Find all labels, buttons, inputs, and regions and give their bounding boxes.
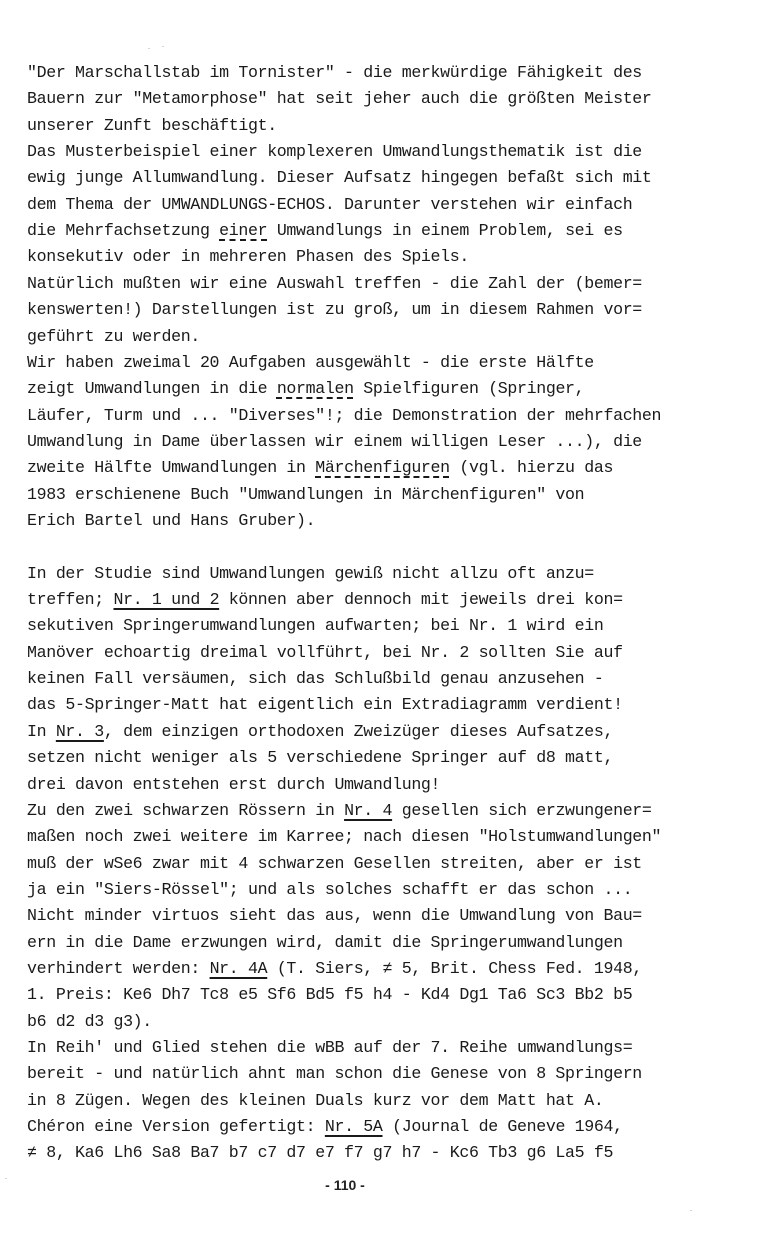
text-segment: Spielfiguren (Springer,: [354, 379, 585, 398]
text-segment: dem Thema der UMWANDLUNGS-ECHOS. Darunte…: [27, 195, 632, 214]
text-segment: ≠ 8, Ka6 Lh6 Sa8 Ba7 b7 c7 d7 e7 f7 g7 h…: [27, 1143, 613, 1162]
text-line: Nicht minder virtuos sieht das aus, wenn…: [27, 906, 642, 926]
scan-speck: [148, 48, 150, 49]
text-line: Chéron eine Version gefertigt: Nr. 5A (J…: [27, 1117, 623, 1137]
underlined-phrase: Nr. 4A: [210, 959, 268, 978]
text-segment: das 5-Springer-Matt hat eigentlich ein E…: [27, 695, 623, 714]
text-segment: (T. Siers, ≠ 5, Brit. Chess Fed. 1948,: [267, 959, 642, 978]
document-page: "Der Marschallstab im Tornister" - die m…: [0, 0, 778, 1235]
text-line: konsekutiv oder in mehreren Phasen des S…: [27, 247, 469, 267]
text-line: drei davon entstehen erst durch Umwandlu…: [27, 775, 440, 795]
text-segment: Natürlich mußten wir eine Auswahl treffe…: [27, 274, 642, 293]
underlined-phrase: Märchenfiguren: [315, 458, 450, 477]
text-line: Wir haben zweimal 20 Aufgaben ausgewählt…: [27, 353, 594, 373]
text-segment: Erich Bartel und Hans Gruber).: [27, 511, 315, 530]
text-segment: Bauern zur "Metamorphose" hat seit jeher…: [27, 89, 652, 108]
text-segment: Läufer, Turm und ... "Diverses"!; die De…: [27, 406, 661, 425]
text-segment: Umwandlung in Dame überlassen wir einem …: [27, 432, 642, 451]
page-number: - 110 -: [0, 1177, 690, 1193]
text-line: "Der Marschallstab im Tornister" - die m…: [27, 63, 642, 83]
text-line: ja ein "Siers-Rössel"; und als solches s…: [27, 880, 632, 900]
text-line: ≠ 8, Ka6 Lh6 Sa8 Ba7 b7 c7 d7 e7 f7 g7 h…: [27, 1143, 613, 1163]
text-segment: ern in die Dame erzwungen wird, damit di…: [27, 933, 623, 952]
underlined-phrase: Nr. 4: [344, 801, 392, 820]
text-line: zweite Hälfte Umwandlungen in Märchenfig…: [27, 458, 613, 478]
text-line: ewig junge Allumwandlung. Dieser Aufsatz…: [27, 168, 652, 188]
text-segment: verhindert werden:: [27, 959, 210, 978]
text-segment: sekutiven Springerumwandlungen aufwarten…: [27, 616, 603, 635]
text-segment: Das Musterbeispiel einer komplexeren Umw…: [27, 142, 642, 161]
text-line: zeigt Umwandlungen in die normalen Spiel…: [27, 379, 584, 399]
text-segment: keinen Fall versäumen, sich das Schlußbi…: [27, 669, 603, 688]
text-segment: in 8 Zügen. Wegen des kleinen Duals kurz…: [27, 1091, 603, 1110]
text-line: Zu den zwei schwarzen Rössern in Nr. 4 g…: [27, 801, 652, 821]
scan-speck: [5, 1178, 7, 1179]
text-segment: können aber dennoch mit jeweils drei kon…: [219, 590, 623, 609]
text-segment: drei davon entstehen erst durch Umwandlu…: [27, 775, 440, 794]
underlined-phrase: Nr. 3: [56, 722, 104, 741]
text-segment: Umwandlungs in einem Problem, sei es: [267, 221, 623, 240]
text-segment: ewig junge Allumwandlung. Dieser Aufsatz…: [27, 168, 652, 187]
text-line: dem Thema der UMWANDLUNGS-ECHOS. Darunte…: [27, 195, 632, 215]
text-segment: konsekutiv oder in mehreren Phasen des S…: [27, 247, 469, 266]
text-line: In Nr. 3, dem einzigen orthodoxen Zweizü…: [27, 722, 613, 742]
text-segment: "Der Marschallstab im Tornister" - die m…: [27, 63, 642, 82]
text-line: kenswerten!) Darstellungen ist zu groß, …: [27, 300, 642, 320]
text-segment: muß der wSe6 zwar mit 4 schwarzen Gesell…: [27, 854, 642, 873]
underlined-phrase: Nr. 5A: [325, 1117, 383, 1136]
text-line: Läufer, Turm und ... "Diverses"!; die De…: [27, 406, 661, 426]
underlined-phrase: normalen: [277, 379, 354, 398]
text-line: unserer Zunft beschäftigt.: [27, 116, 277, 136]
text-line: bereit - und natürlich ahnt man schon di…: [27, 1064, 642, 1084]
text-segment: Zu den zwei schwarzen Rössern in: [27, 801, 344, 820]
text-line: verhindert werden: Nr. 4A (T. Siers, ≠ 5…: [27, 959, 642, 979]
text-line: In Reih' und Glied stehen die wBB auf de…: [27, 1038, 632, 1058]
text-segment: zeigt Umwandlungen in die: [27, 379, 277, 398]
text-segment: (Journal de Geneve 1964,: [383, 1117, 623, 1136]
text-segment: setzen nicht weniger als 5 verschiedene …: [27, 748, 613, 767]
text-line: in 8 Zügen. Wegen des kleinen Duals kurz…: [27, 1091, 603, 1111]
text-segment: In der Studie sind Umwandlungen gewiß ni…: [27, 564, 594, 583]
text-line: sekutiven Springerumwandlungen aufwarten…: [27, 616, 603, 636]
text-segment: gesellen sich erzwungener=: [392, 801, 651, 820]
underlined-phrase: Nr. 1 und 2: [113, 590, 219, 609]
scan-speck: [162, 46, 164, 47]
text-segment: 1. Preis: Ke6 Dh7 Tc8 e5 Sf6 Bd5 f5 h4 -…: [27, 985, 632, 1004]
text-segment: Manöver echoartig dreimal vollführt, bei…: [27, 643, 623, 662]
text-line: geführt zu werden.: [27, 327, 200, 347]
text-line: Das Musterbeispiel einer komplexeren Umw…: [27, 142, 642, 162]
text-line: Manöver echoartig dreimal vollführt, bei…: [27, 643, 623, 663]
text-line: keinen Fall versäumen, sich das Schlußbi…: [27, 669, 603, 689]
text-segment: Wir haben zweimal 20 Aufgaben ausgewählt…: [27, 353, 594, 372]
text-line: die Mehrfachsetzung einer Umwandlungs in…: [27, 221, 623, 241]
text-segment: treffen;: [27, 590, 113, 609]
scan-speck: [690, 1210, 692, 1211]
text-line: 1. Preis: Ke6 Dh7 Tc8 e5 Sf6 Bd5 f5 h4 -…: [27, 985, 632, 1005]
text-line: maßen noch zwei weitere im Karree; nach …: [27, 827, 661, 847]
text-segment: maßen noch zwei weitere im Karree; nach …: [27, 827, 661, 846]
text-line: Erich Bartel und Hans Gruber).: [27, 511, 315, 531]
text-segment: 1983 erschienene Buch "Umwandlungen in M…: [27, 485, 584, 504]
text-segment: (vgl. hierzu das: [450, 458, 613, 477]
text-segment: In Reih' und Glied stehen die wBB auf de…: [27, 1038, 632, 1057]
text-line: Natürlich mußten wir eine Auswahl treffe…: [27, 274, 642, 294]
text-line: 1983 erschienene Buch "Umwandlungen in M…: [27, 485, 584, 505]
text-segment: Chéron eine Version gefertigt:: [27, 1117, 325, 1136]
text-segment: geführt zu werden.: [27, 327, 200, 346]
underlined-phrase: einer: [219, 221, 267, 240]
text-line: treffen; Nr. 1 und 2 können aber dennoch…: [27, 590, 623, 610]
text-line: Umwandlung in Dame überlassen wir einem …: [27, 432, 642, 452]
text-segment: unserer Zunft beschäftigt.: [27, 116, 277, 135]
text-segment: b6 d2 d3 g3).: [27, 1012, 152, 1031]
text-segment: In: [27, 722, 56, 741]
text-line: das 5-Springer-Matt hat eigentlich ein E…: [27, 695, 623, 715]
text-line: b6 d2 d3 g3).: [27, 1012, 152, 1032]
text-segment: ja ein "Siers-Rössel"; und als solches s…: [27, 880, 632, 899]
text-segment: zweite Hälfte Umwandlungen in: [27, 458, 315, 477]
text-line: ern in die Dame erzwungen wird, damit di…: [27, 933, 623, 953]
text-line: muß der wSe6 zwar mit 4 schwarzen Gesell…: [27, 854, 642, 874]
text-segment: bereit - und natürlich ahnt man schon di…: [27, 1064, 642, 1083]
text-line: Bauern zur "Metamorphose" hat seit jeher…: [27, 89, 652, 109]
text-segment: die Mehrfachsetzung: [27, 221, 219, 240]
text-line: setzen nicht weniger als 5 verschiedene …: [27, 748, 613, 768]
text-segment: Nicht minder virtuos sieht das aus, wenn…: [27, 906, 642, 925]
text-line: In der Studie sind Umwandlungen gewiß ni…: [27, 564, 594, 584]
text-segment: , dem einzigen orthodoxen Zweizüger dies…: [104, 722, 613, 741]
text-segment: kenswerten!) Darstellungen ist zu groß, …: [27, 300, 642, 319]
